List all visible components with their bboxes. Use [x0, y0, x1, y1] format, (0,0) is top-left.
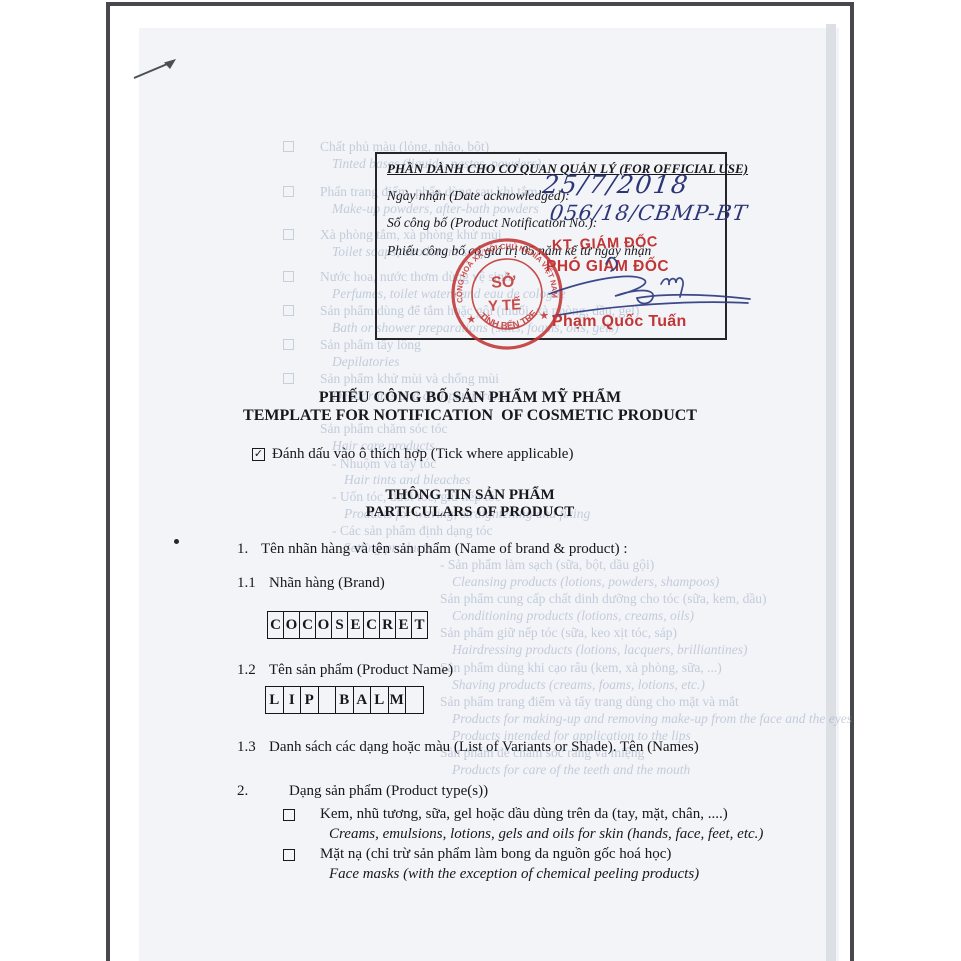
document-title-en: TEMPLATE FOR NOTIFICATION OF COSMETIC PR… — [230, 407, 710, 425]
ink-dot — [174, 539, 179, 544]
scanned-document-photo: Chất phủ màu (lỏng, nhão, bột)Tinted bas… — [0, 0, 961, 961]
item-1-2-number: 1.2 — [237, 662, 269, 679]
letter-cell: M — [389, 687, 407, 713]
letter-cell: L — [371, 687, 389, 713]
item-2-number: 2. — [237, 783, 289, 800]
letter-cell: O — [284, 612, 300, 638]
stamp-star-left-icon: ★ — [466, 314, 477, 327]
item-1-number: 1. — [237, 541, 261, 558]
section-header-vi: THÔNG TIN SẢN PHẨM — [230, 487, 710, 504]
stamp-center-top: SỞ — [491, 272, 517, 292]
type-creams-vi: Kem, nhũ tương, sữa, gel hoặc dầu dùng t… — [320, 806, 728, 823]
brand-letter-grid: COCOSECRET — [267, 611, 428, 639]
item-1-text: Tên nhãn hàng và tên sản phẩm (Name of b… — [261, 541, 628, 557]
checkbox-creams-type — [283, 809, 295, 821]
item-1-2: 1.2Tên sản phẩm (Product Name) — [237, 662, 453, 679]
document-content: PHẦN DÀNH CHO CƠ QUAN QUẢN LÝ (FOR OFFIC… — [0, 0, 961, 961]
item-1-1: 1.1Nhãn hàng (Brand) — [237, 575, 385, 592]
checked-checkbox-icon: ✓ — [252, 448, 265, 461]
checkbox-face-masks-type — [283, 849, 295, 861]
type-creams-en: Creams, emulsions, lotions, gels and oil… — [329, 826, 763, 843]
tick-instruction-row: ✓ Đánh dấu vào ô thích hợp (Tick where a… — [252, 446, 573, 463]
letter-cell: P — [301, 687, 319, 713]
letter-cell: T — [412, 612, 427, 638]
item-1-1-text: Nhãn hàng (Brand) — [269, 575, 385, 591]
letter-cell: R — [380, 612, 396, 638]
item-1-3: 1.3Danh sách các dạng hoặc màu (List of … — [237, 739, 699, 756]
letter-cell: C — [268, 612, 284, 638]
item-1-3-text: Danh sách các dạng hoặc màu (List of Var… — [269, 739, 699, 755]
item-1-1-number: 1.1 — [237, 575, 269, 592]
letter-cell: S — [332, 612, 348, 638]
letter-cell: E — [396, 612, 412, 638]
pen-arrow-mark — [128, 48, 188, 84]
letter-cell: B — [336, 687, 354, 713]
handwritten-notification-no: 056/18/CBMP-BT — [548, 201, 749, 225]
type-face-masks-vi: Mặt nạ (chỉ trừ sản phẩm làm bong da ngu… — [320, 846, 671, 863]
item-1: 1.Tên nhãn hàng và tên sản phẩm (Name of… — [237, 541, 628, 558]
letter-cell: C — [364, 612, 380, 638]
letter-cell: E — [348, 612, 364, 638]
tick-instruction-label: Đánh dấu vào ô thích hợp (Tick where app… — [272, 446, 573, 463]
signer-name: Phạm Quốc Tuấn — [552, 313, 687, 331]
item-1-2-text: Tên sản phẩm (Product Name) — [269, 662, 453, 678]
handwritten-date-value: 25/7/2018 — [541, 170, 691, 199]
product-name-letter-grid: LIPBALM — [265, 686, 424, 714]
letter-cell: O — [316, 612, 332, 638]
letter-cell: C — [300, 612, 316, 638]
item-2-text: Dạng sản phẩm (Product type(s)) — [289, 783, 488, 799]
document-title-vi: PHIẾU CÔNG BỐ SẢN PHẨM MỸ PHẨM — [230, 389, 710, 407]
item-2: 2.Dạng sản phẩm (Product type(s)) — [237, 783, 488, 800]
letter-cell: L — [266, 687, 284, 713]
letter-cell: A — [354, 687, 372, 713]
item-1-3-number: 1.3 — [237, 739, 269, 756]
section-header-en: PARTICULARS OF PRODUCT — [230, 504, 710, 521]
stamp-center-bottom: Y TẾ — [488, 296, 522, 315]
check-icon: ✓ — [254, 449, 263, 460]
letter-cell — [319, 687, 337, 713]
letter-cell: I — [284, 687, 302, 713]
type-face-masks-en: Face masks (with the exception of chemic… — [329, 866, 699, 883]
letter-cell — [406, 687, 423, 713]
